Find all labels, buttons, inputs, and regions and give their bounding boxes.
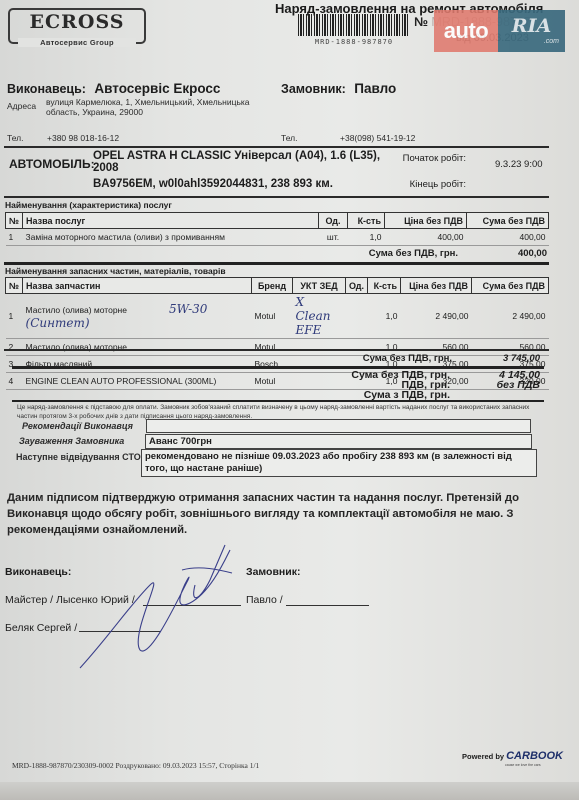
company-logo: ECROSS <box>12 11 142 33</box>
parts-total-label: Сума без ПДВ, грн. <box>300 353 452 364</box>
table-surface <box>0 782 579 800</box>
part-row: 1Мастило (олива) моторне5W-30 (Синтет)Mo… <box>6 294 549 339</box>
customer-remarks-field: Аванс 700грн <box>145 434 532 449</box>
total-with-vat-label: Сума з ПДВ, грн. <box>300 390 450 400</box>
col-unit: Од. <box>319 213 348 229</box>
watermark-ria: RIA .com <box>498 10 565 52</box>
ukt-zed: X Clean EFE <box>293 294 346 339</box>
col-qty: К-сть <box>368 278 401 294</box>
services-table: № Назва послуг Од. К-сть Ціна без ПДВ Су… <box>5 212 549 246</box>
customer-signature-line[interactable] <box>286 605 369 606</box>
print-info: MRD-1888-987870/230309-0002 Роздруковано… <box>12 761 259 770</box>
work-start-label: Початок робіт: <box>400 152 466 165</box>
services-header-row: № Назва послуг Од. К-сть Ціна без ПДВ Су… <box>6 213 549 229</box>
divider <box>4 146 549 148</box>
quantity: 1,0 <box>348 229 385 246</box>
col-price: Ціна без ПДВ <box>385 213 467 229</box>
row-number: 1 <box>6 229 23 246</box>
part-name-text: Мастило (олива) моторне <box>26 342 127 352</box>
recommendations-label: Рекомендації Виконавця <box>22 421 133 431</box>
customer-signature-label: Замовник: <box>246 566 300 578</box>
col-number: № <box>6 213 23 229</box>
part-name: ENGINE CLEAN AUTO PROFESSIONAL (300ML) <box>23 373 252 390</box>
brand: Bosch <box>252 356 293 373</box>
services-section-title: Найменування (характеристика) послуг <box>5 200 172 210</box>
sum: 400,00 <box>467 229 549 246</box>
watermark-ria-text: RIA <box>512 17 551 36</box>
part-row: 3Фільтр маслянийBosch1,0375,00375,00 <box>6 356 549 373</box>
watermark-domain: .com <box>544 38 559 45</box>
powered-by-carbook: Powered by CARBOOK <box>462 750 563 762</box>
customer-signature-name: Павло / <box>246 594 283 606</box>
grand-totals-values: 4 145,00 без ПДВ <box>470 370 540 390</box>
brand: Motul <box>252 373 293 390</box>
col-sum: Сума без ПДВ <box>467 213 549 229</box>
row-number: 1 <box>6 294 23 339</box>
parts-total-value: 3 745,00 <box>470 353 540 364</box>
address-label: Адреса <box>7 101 36 111</box>
recommendations-field <box>146 419 531 433</box>
part-name: Мастило (олива) моторне5W-30 (Синтет) <box>23 294 252 339</box>
contractor-heading: Виконавець: Автосервіс Екросс <box>7 80 220 98</box>
col-price: Ціна без ПДВ <box>401 278 472 294</box>
vehicle-model: OPEL ASTRA H CLASSIC Універсал (A04), 1.… <box>93 150 393 174</box>
contractor-name: Автосервіс Екросс <box>94 81 220 96</box>
divider <box>12 366 544 369</box>
second-signature-name: Беляк Сергей / <box>5 622 77 634</box>
next-visit-label: Наступне відвідування СТО <box>16 452 141 462</box>
powered-by-label: Powered by <box>462 752 504 761</box>
barcode <box>298 14 410 36</box>
parts-table: № Назва запчастин Бренд УКТ ЗЕД Од. К-ст… <box>5 277 549 390</box>
col-sum: Сума без ПДВ <box>472 278 549 294</box>
work-start-value: 9.3.23 9:00 <box>495 159 543 170</box>
col-ukt-zed: УКТ ЗЕД <box>293 278 346 294</box>
sum: 2 490,00 <box>472 294 549 339</box>
handwritten-signature <box>70 525 250 675</box>
carbook-tagline: cause we love the cars <box>505 763 541 767</box>
customer-name: Павло <box>354 81 396 96</box>
customer-remarks-label: Зауваження Замовника <box>19 436 124 446</box>
price: 2 490,00 <box>401 294 472 339</box>
order-number-label: № <box>414 15 428 29</box>
logo-subtitle: Автосервис Group <box>18 38 136 47</box>
quantity: 1,0 <box>368 294 401 339</box>
contractor-address: вулиця Кармелюка, 1, Хмельницький, Хмель… <box>46 97 261 117</box>
row-number: 4 <box>6 373 23 390</box>
contractor-signature-label: Виконавець: <box>5 566 71 578</box>
part-name-text: ENGINE CLEAN AUTO PROFESSIONAL (300ML) <box>26 376 217 386</box>
part-row: 4ENGINE CLEAN AUTO PROFESSIONAL (300ML)M… <box>6 373 549 390</box>
brand: Motul <box>252 339 293 356</box>
part-name: Мастило (олива) моторне <box>23 339 252 356</box>
service-row: 1Заміна моторного мастила (оливи) з пром… <box>6 229 549 246</box>
part-row: 2Мастило (олива) моторнеMotul1,0560,0056… <box>6 339 549 356</box>
vehicle-details: BA9756EM, w0l0ahl3592044831, 238 893 км. <box>93 178 333 190</box>
next-visit-field: рекомендовано не пізніше 09.03.2023 або … <box>141 449 537 477</box>
parts-section-title: Найменування запасних частин, матеріалів… <box>5 266 226 276</box>
price: 400,00 <box>385 229 467 246</box>
customer-heading: Замовник: Павло <box>281 80 396 98</box>
brand: Motul <box>252 294 293 339</box>
part-name-text: Мастило (олива) моторне <box>26 305 127 315</box>
work-end-label: Кінець робіт: <box>390 179 466 190</box>
divider <box>4 262 549 265</box>
part-name: Фільтр масляний <box>23 356 252 373</box>
service-name: Заміна моторного мастила (оливи) з проми… <box>23 229 319 246</box>
carbook-logo: CARBOOK <box>506 750 563 762</box>
col-service-name: Назва послуг <box>23 213 319 229</box>
divider <box>4 196 549 198</box>
contractor-phone-label: Тел. <box>7 133 23 143</box>
divider <box>4 349 549 351</box>
customer-phone: +38(098) 541-19-12 <box>340 133 415 143</box>
divider <box>12 400 544 402</box>
autoria-watermark: auto RIA .com <box>434 10 565 52</box>
services-total-value: 400,00 <box>470 248 547 259</box>
parts-header-row: № Назва запчастин Бренд УКТ ЗЕД Од. К-ст… <box>6 278 549 294</box>
services-total-label: Сума без ПДВ, грн. <box>340 248 458 259</box>
contractor-label: Виконавець: <box>7 82 86 96</box>
col-unit: Од. <box>346 278 368 294</box>
col-brand: Бренд <box>252 278 293 294</box>
col-qty: К-сть <box>348 213 385 229</box>
watermark-auto: auto <box>434 10 498 52</box>
col-part-name: Назва запчастин <box>23 278 252 294</box>
customer-phone-label: Тел. <box>281 133 297 143</box>
unit <box>346 294 368 339</box>
vehicle-label: АВТОМОБІЛЬ: <box>9 157 95 171</box>
barcode-text: MRD-1888-987870 <box>298 38 410 46</box>
contractor-phone: +380 98 018-16-12 <box>47 133 119 143</box>
customer-label: Замовник: <box>281 82 346 96</box>
row-number: 2 <box>6 339 23 356</box>
row-number: 3 <box>6 356 23 373</box>
grand-totals-labels: Сума без ПДВ, грн. ПДВ, грн. Сума з ПДВ,… <box>300 370 450 400</box>
col-number: № <box>6 278 23 294</box>
vat-value: без ПДВ <box>470 380 540 390</box>
unit: шт. <box>319 229 348 246</box>
